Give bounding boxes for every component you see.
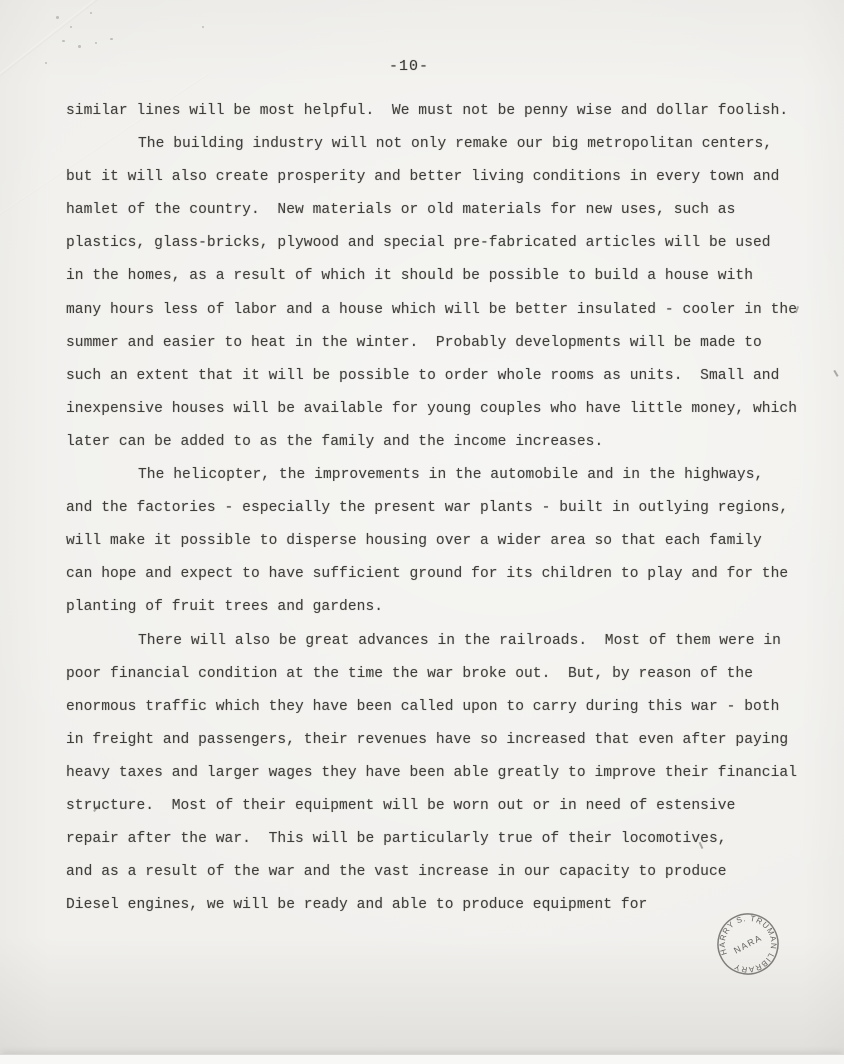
text-line: planting of fruit trees and gardens. xyxy=(66,591,826,624)
text-line: structure. Most of their equipment will … xyxy=(66,790,826,823)
text-line: in the homes, as a result of which it sh… xyxy=(66,260,826,293)
paper-speck xyxy=(90,12,92,14)
text-line: but it will also create prosperity and b… xyxy=(66,161,826,194)
page-number: -10- xyxy=(0,58,818,75)
stamp-center-text: NARA xyxy=(732,932,764,955)
text-line: plastics, glass-bricks, plywood and spec… xyxy=(66,227,826,260)
page-bottom-edge xyxy=(0,1054,844,1064)
paper-speck xyxy=(78,45,81,48)
text-line: and as a result of the war and the vast … xyxy=(66,856,826,889)
text-line: The building industry will not only rema… xyxy=(66,128,826,161)
text-line: many hours less of labor and a house whi… xyxy=(66,294,826,327)
text-line: such an extent that it will be possible … xyxy=(66,360,826,393)
text-line: enormous traffic which they have been ca… xyxy=(66,691,826,724)
paper-speck xyxy=(202,26,204,28)
text-line: inexpensive houses will be available for… xyxy=(66,393,826,426)
text-line: can hope and expect to have sufficient g… xyxy=(66,558,826,591)
text-line: The helicopter, the improvements in the … xyxy=(66,459,826,492)
text-line: similar lines will be most helpful. We m… xyxy=(66,95,826,128)
text-line: in freight and passengers, their revenue… xyxy=(66,724,826,757)
truman-library-stamp: HARRY S. TRUMAN LIBRARY NARA xyxy=(706,902,790,986)
text-line: later can be added to as the family and … xyxy=(66,426,826,459)
text-line: poor financial condition at the time the… xyxy=(66,658,826,691)
paper-speck xyxy=(95,42,97,44)
text-line: will make it possible to disperse housin… xyxy=(66,525,826,558)
text-line: summer and easier to heat in the winter.… xyxy=(66,327,826,360)
paper-speck xyxy=(62,40,65,42)
stray-mark xyxy=(833,370,838,377)
text-line: repair after the war. This will be parti… xyxy=(66,823,826,856)
document-body: similar lines will be most helpful. We m… xyxy=(66,95,826,922)
paper-speck xyxy=(56,16,59,19)
text-line: hamlet of the country. New materials or … xyxy=(66,194,826,227)
paper-speck xyxy=(70,26,72,28)
document-page: -10- similar lines will be most helpful.… xyxy=(0,0,844,1064)
text-line: and the factories - especially the prese… xyxy=(66,492,826,525)
paper-speck xyxy=(110,38,113,40)
text-line: There will also be great advances in the… xyxy=(66,625,826,658)
text-line: heavy taxes and larger wages they have b… xyxy=(66,757,826,790)
